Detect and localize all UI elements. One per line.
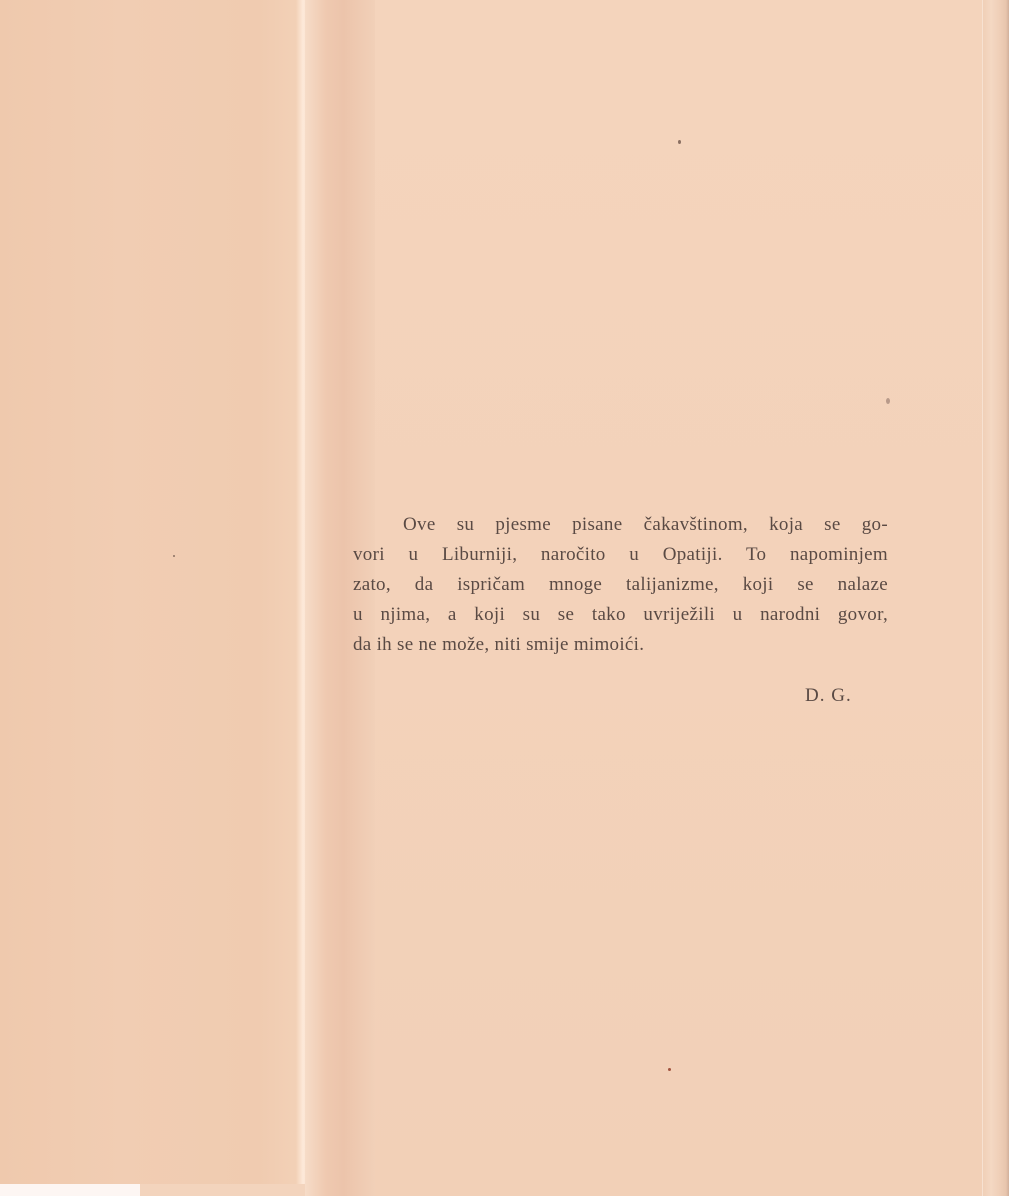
author-signature: D. G. [805, 685, 852, 707]
paper-speck [173, 555, 175, 557]
paper-speck [678, 140, 681, 144]
preface-paragraph: Ove su pjesme pisane čakavštinom, koja s… [353, 510, 888, 660]
background-corner [0, 1184, 140, 1196]
book-spread: Ove su pjesme pisane čakavštinom, koja s… [0, 0, 1009, 1196]
paper-speck [886, 398, 890, 404]
left-page [0, 0, 305, 1184]
paragraph-line-2: vori u Liburniji, naročito u Opatiji. To… [353, 540, 888, 570]
paper-speck [668, 1068, 671, 1071]
right-page-edge [982, 0, 1009, 1196]
paragraph-line-3: zato, da ispričam mnoge talijanizme, koj… [353, 570, 888, 600]
paragraph-line-4: u njima, a koji su se tako uvriježili u … [353, 600, 888, 630]
paragraph-line-1: Ove su pjesme pisane čakavštinom, koja s… [353, 510, 888, 540]
paragraph-line-5: da ih se ne može, niti smije mimoići. [353, 630, 888, 660]
